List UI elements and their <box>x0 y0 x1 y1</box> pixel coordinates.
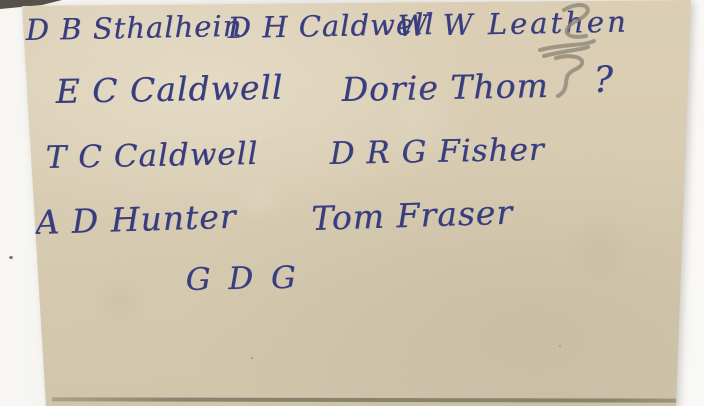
handwritten-name-4: E C Caldwell <box>55 68 284 111</box>
card-shadow: D B Sthalhein D H Caldwell W W Leathen E… <box>0 0 704 406</box>
card-bottom-edge <box>52 397 704 402</box>
handwritten-name-5: Dorie Thom <box>341 66 549 109</box>
handwritten-name-2: D H Caldwell <box>227 7 434 45</box>
handwritten-name-3: W W Leathen <box>397 5 629 43</box>
handwritten-initials: G D G <box>185 260 300 298</box>
paper-speck <box>9 256 13 259</box>
handwritten-name-1: D B Sthalhein <box>25 9 242 47</box>
handwritten-name-9: Tom Fraser <box>311 193 514 238</box>
handwritten-question-mark: ? <box>593 60 613 101</box>
photo-back-card: D B Sthalhein D H Caldwell W W Leathen E… <box>0 0 704 406</box>
pencil-scribble <box>522 0 622 110</box>
paper-speck <box>559 345 561 347</box>
paper-speck <box>251 357 253 359</box>
handwritten-name-8: A D Hunter <box>35 197 237 242</box>
handwritten-name-6: T C Caldwell <box>45 136 258 176</box>
handwritten-name-7: D R G Fisher <box>329 132 545 172</box>
photo-back-scan: D B Sthalhein D H Caldwell W W Leathen E… <box>0 0 704 406</box>
